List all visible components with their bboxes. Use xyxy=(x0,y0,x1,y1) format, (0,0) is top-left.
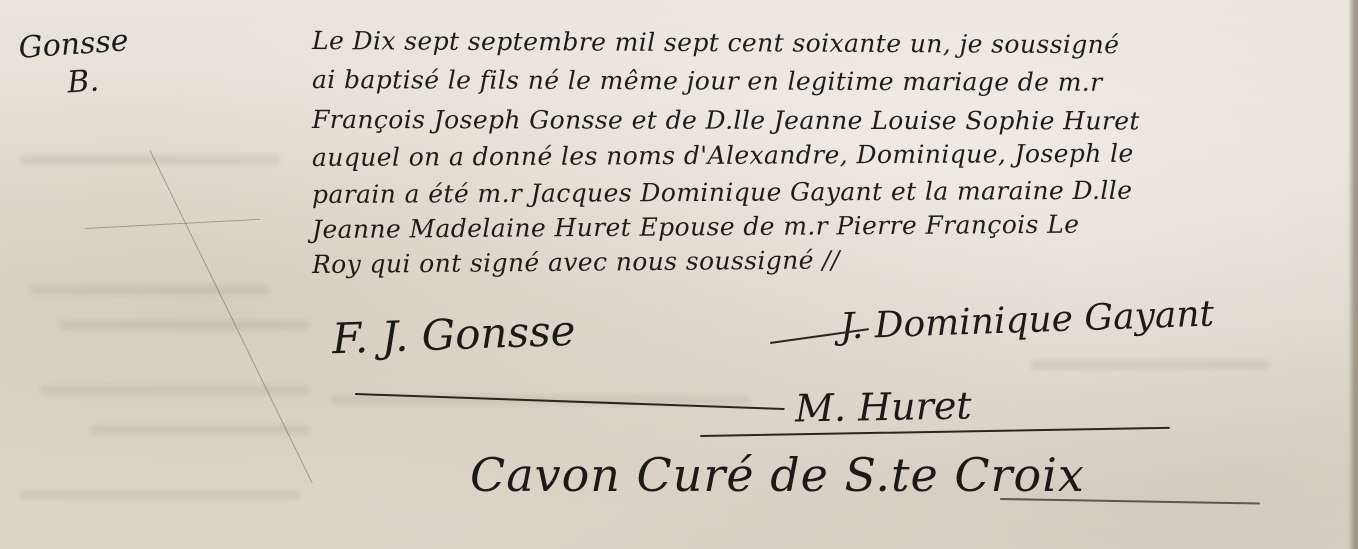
margin-surname: Gonsse xyxy=(18,23,130,66)
signature-father: F. J. Gonsse xyxy=(331,306,576,363)
record-line-4: auquel on a donné les noms d'Alexandre, … xyxy=(312,139,1134,172)
margin-stroke xyxy=(85,219,260,229)
signature-priest: Cavon Curé de S.te Croix xyxy=(470,448,1085,502)
signature-godfather: J. Dominique Gayant xyxy=(839,293,1214,347)
bleed-through-line xyxy=(90,425,310,435)
signature-flourish xyxy=(700,427,1170,437)
bleed-through-line xyxy=(20,490,300,500)
margin-annotation: Gonsse B. xyxy=(18,26,132,102)
bleed-through-line xyxy=(30,285,270,295)
record-line-6: Jeanne Madelaine Huret Epouse de m.r Pie… xyxy=(312,210,1080,244)
record-line-2: ai baptisé le fils né le même jour en le… xyxy=(312,65,1103,97)
margin-baptism-mark: B. xyxy=(66,64,132,98)
record-line-1: Le Dix sept septembre mil sept cent soix… xyxy=(312,26,1120,59)
register-page: Gonsse B. Le Dix sept septembre mil sept… xyxy=(0,0,1358,549)
bleed-through-line xyxy=(60,320,310,330)
record-line-3: François Joseph Gonsse et de D.lle Jeann… xyxy=(312,105,1140,135)
bleed-through-line xyxy=(20,155,280,165)
bleed-through-line xyxy=(1030,360,1270,370)
signature-godmother: M. Huret xyxy=(795,383,972,430)
record-line-5: parain a été m.r Jacques Dominique Gayan… xyxy=(312,176,1133,209)
record-line-7: Roy qui ont signé avec nous soussigné // xyxy=(312,245,840,279)
page-edge xyxy=(1348,0,1358,549)
